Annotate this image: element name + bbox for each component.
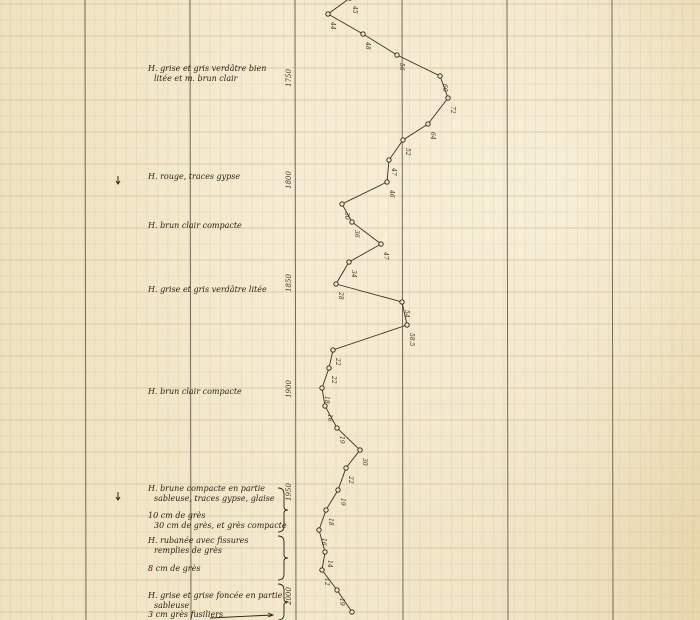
lithology-note: H. brune compacte en partiesableuse, tra… — [148, 484, 275, 504]
data-point — [334, 282, 338, 286]
data-point — [347, 260, 351, 264]
data-point — [401, 138, 405, 142]
data-point-label: 19 — [338, 436, 345, 444]
data-point — [323, 550, 327, 554]
data-point-label: 34 — [350, 270, 357, 278]
lithology-note: H. rubanée avec fissuresremplies de grès — [148, 536, 249, 556]
data-point — [320, 568, 324, 572]
depth-marker: 2000 — [285, 587, 293, 605]
data-point-label: 18 — [323, 396, 330, 404]
data-point-label: 12 — [323, 578, 330, 586]
data-point — [438, 74, 442, 78]
data-point-label: 46 — [388, 189, 395, 198]
data-point-label: 72 — [449, 106, 456, 114]
data-point — [317, 528, 321, 532]
data-point-label: 58.5 — [408, 333, 415, 347]
data-point-label: 16 — [326, 414, 333, 422]
data-point — [395, 53, 399, 57]
lithology-note: H. rouge, traces gypse — [148, 172, 240, 182]
data-point — [327, 366, 331, 370]
data-point-label: 60 — [441, 84, 448, 92]
lithology-note: 8 cm de grès — [148, 564, 200, 574]
arrow-icon — [116, 176, 120, 184]
lithology-note: H. grise et grise foncée en partiesableu… — [148, 591, 282, 611]
data-point-label: 18 — [327, 518, 334, 526]
data-point — [340, 202, 344, 206]
lithology-note: 3 cm grès fusiliers — [148, 610, 223, 620]
data-point-label: 45 — [351, 5, 358, 14]
data-point — [379, 242, 383, 246]
lithology-note: H. grise et gris verdâtre litée — [148, 285, 267, 295]
data-point-label: 52 — [404, 148, 411, 156]
data-point — [387, 158, 391, 162]
data-point — [320, 386, 324, 390]
data-point — [405, 323, 409, 327]
data-point-label: 30 — [343, 212, 350, 220]
data-point-label: 14 — [326, 560, 333, 568]
data-point — [335, 588, 339, 592]
data-point-label: 30 — [361, 458, 368, 466]
data-point-label: 22 — [347, 475, 354, 484]
data-point-label: 48 — [364, 41, 371, 50]
data-point — [400, 300, 404, 304]
data-point-label: 19 — [339, 498, 346, 506]
data-point — [350, 610, 354, 614]
data-point — [361, 32, 365, 36]
data-point — [323, 404, 327, 408]
data-point — [358, 448, 362, 452]
data-point-label: 47 — [390, 167, 397, 176]
data-point-label: 16 — [320, 538, 327, 546]
data-point-label: 47 — [382, 251, 389, 260]
bracket — [278, 536, 288, 580]
data-point-label: 56 — [398, 63, 405, 71]
data-point-label: 22 — [334, 357, 341, 366]
lithology-note: H. brun clair compacte — [148, 387, 242, 397]
depth-log-line: 4544485660726452474630364734285458.52222… — [0, 0, 700, 620]
data-point — [335, 426, 339, 430]
lithology-note: H. brun clair compacte — [148, 221, 242, 231]
data-point — [350, 220, 354, 224]
data-point-label: 64 — [429, 132, 436, 140]
arrow-icon — [116, 492, 120, 500]
lithology-note: H. grise et gris verdâtre bienlitée et m… — [148, 64, 266, 84]
data-point — [326, 12, 330, 16]
data-point — [336, 488, 340, 492]
data-point — [446, 96, 450, 100]
data-point-label: 22 — [330, 375, 337, 384]
data-point-label: 19 — [338, 598, 345, 606]
depth-marker: 1750 — [285, 69, 293, 87]
data-point — [426, 122, 430, 126]
data-point — [344, 466, 348, 470]
data-point-label: 28 — [337, 291, 344, 300]
depth-marker: 1850 — [285, 274, 293, 292]
data-point-label: 36 — [353, 230, 360, 238]
data-point-label: 54 — [403, 310, 410, 318]
data-point — [331, 348, 335, 352]
lithology-note: 10 cm de grès30 cm de grès, et grès comp… — [148, 511, 287, 531]
depth-marker: 1950 — [285, 483, 293, 501]
data-point — [324, 508, 328, 512]
data-point — [385, 180, 389, 184]
depth-marker: 1900 — [285, 380, 293, 398]
data-point-label: 44 — [329, 21, 336, 30]
depth-marker: 1800 — [285, 171, 293, 189]
